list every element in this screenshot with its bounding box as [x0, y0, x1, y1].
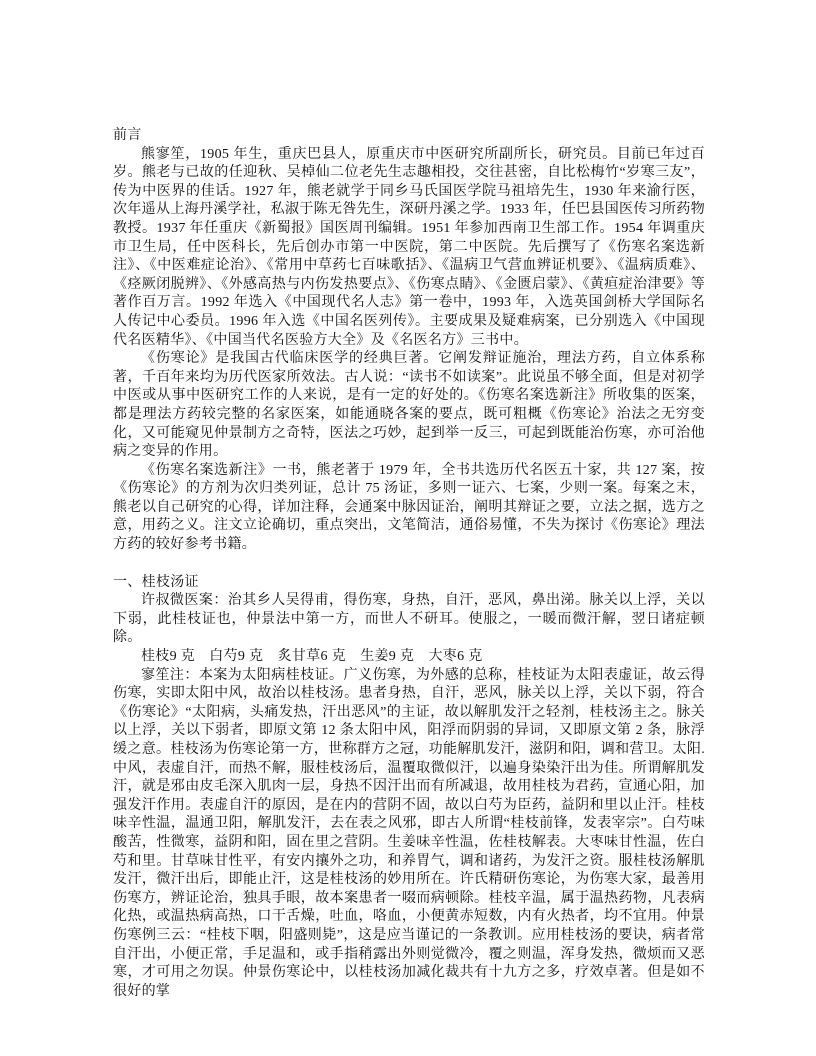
preface-title: 前言 — [113, 127, 705, 146]
annotation-paragraph: 寥笙注：本案为太阳病桂枝证。广义伤寒，为外感的总称，桂枝证为太阳表虚证，故云得伤… — [113, 667, 705, 1002]
prescription-line: 桂枝9 克 白芍9 克 炙甘草6 克 生姜9 克 大枣6 克 — [113, 648, 705, 667]
document-content: 前言 熊寥笙，1905 年生，重庆巴县人，原重庆市中医研究所副所长，研究员。目前… — [113, 127, 705, 1001]
preface-paragraph-book: 《伤寒名案选新注》一书，熊老著于 1979 年，全书共选历代名医五十家，共 12… — [113, 462, 705, 555]
section-heading-guizhitang: 一、桂枝汤证 — [113, 574, 705, 593]
blank-line-spacer — [113, 555, 705, 574]
preface-paragraph-bio: 熊寥笙，1905 年生，重庆巴县人，原重庆市中医研究所副所长，研究员。目前已年过… — [113, 146, 705, 351]
medical-case-paragraph: 许叔微医案：治其乡人吴得甫，得伤寒，身热，自汗，恶风，鼻出涕。脉关以上浮，关以下… — [113, 592, 705, 648]
document-page: 前言 熊寥笙，1905 年生，重庆巴县人，原重庆市中医研究所副所长，研究员。目前… — [0, 0, 816, 1056]
preface-paragraph-shanghanlun: 《伤寒论》是我国古代临床医学的经典巨著。它阐发辩证施治，理法方药，自立体系称著，… — [113, 350, 705, 462]
